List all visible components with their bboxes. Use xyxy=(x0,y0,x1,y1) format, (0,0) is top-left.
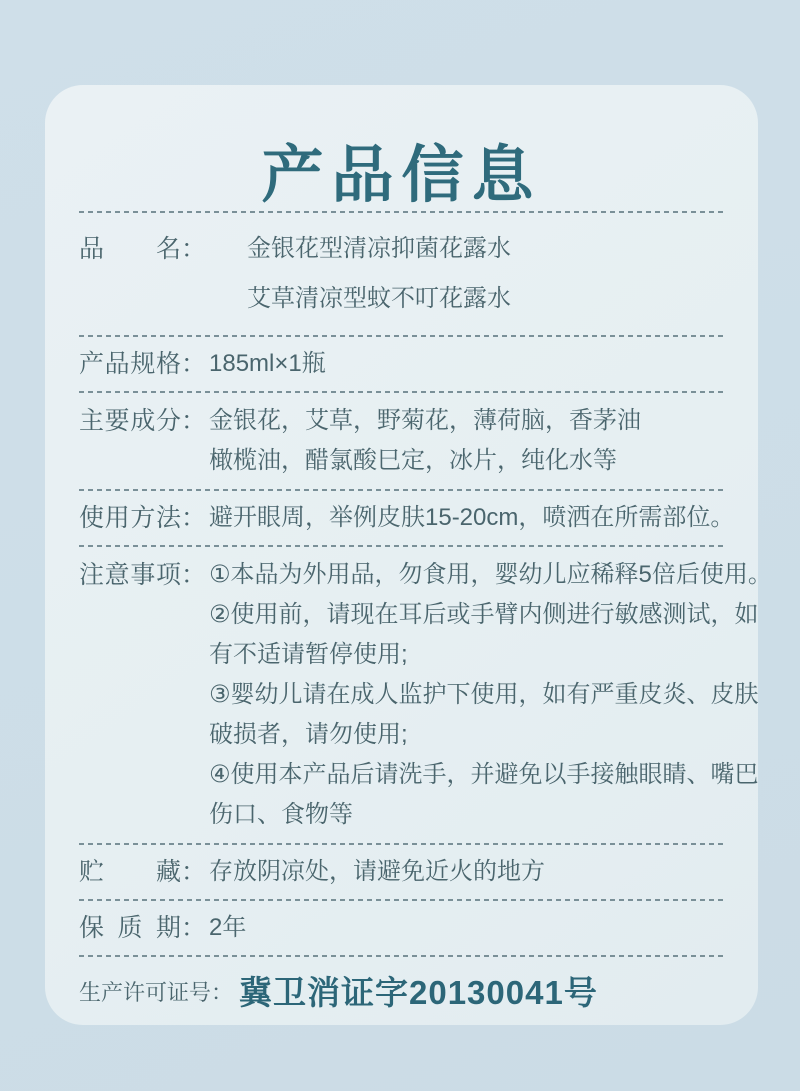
card-content: 产品信息 品名： 金银花型清凉抑菌花露水 艾草清凉型蚊不叮花露水 产品规格： 1… xyxy=(45,85,758,1025)
divider xyxy=(79,899,724,901)
row-label-text: 产品规格 xyxy=(79,347,181,381)
row-value: 2年 xyxy=(209,911,724,945)
page-title: 产品信息 xyxy=(79,85,724,211)
row-label: 生产许可证号： xyxy=(79,978,239,1008)
row-label-text: 贮藏 xyxy=(79,855,181,889)
row-value: ①本品为外用品，勿食用，婴幼儿应稀释5倍后使用。 ②使用前，请现在耳后或手臂内侧… xyxy=(209,555,758,835)
product-info-card: 产品信息 品名： 金银花型清凉抑菌花露水 艾草清凉型蚊不叮花露水 产品规格： 1… xyxy=(45,85,758,1025)
row-usage: 使用方法： 避开眼周，举例皮肤15-20cm，喷洒在所需部位。 xyxy=(79,491,724,545)
row-label-text: 品名 xyxy=(79,224,181,274)
value-line: ④使用本产品后请洗手，并避免以手接触眼睛、嘴巴 xyxy=(209,755,758,795)
row-production-license: 生产许可证号： 冀卫消证字20130041号 xyxy=(79,957,724,1025)
row-value: 避开眼周，举例皮肤15-20cm，喷洒在所需部位。 xyxy=(209,501,734,535)
value-line: ③婴幼儿请在成人监护下使用，如有严重皮炎、皮肤 xyxy=(209,675,758,715)
row-label: 品名： xyxy=(79,224,209,274)
row-label-colon: ： xyxy=(181,911,206,945)
row-label: 保质期： xyxy=(79,911,209,945)
license-number: 冀卫消证字20130041号 xyxy=(239,971,724,1015)
row-label-colon: ： xyxy=(181,401,206,441)
value-line: 橄榄油，醋氯酸巳定，冰片，纯化水等 xyxy=(209,441,724,481)
row-label-colon: ： xyxy=(181,501,206,535)
row-precautions: 注意事项： ①本品为外用品，勿食用，婴幼儿应稀释5倍后使用。 ②使用前，请现在耳… xyxy=(79,547,724,843)
row-product-name: 品名： 金银花型清凉抑菌花露水 艾草清凉型蚊不叮花露水 xyxy=(79,213,724,335)
value-line: 存放阴凉处，请避免近火的地方 xyxy=(209,855,724,889)
divider xyxy=(79,391,724,393)
row-label: 产品规格： xyxy=(79,347,209,381)
value-line: 金银花，艾草，野菊花，薄荷脑，香茅油 xyxy=(209,401,724,441)
row-label: 使用方法： xyxy=(79,501,209,535)
row-label-colon: ： xyxy=(181,224,206,274)
divider xyxy=(79,335,724,337)
row-ingredients: 主要成分： 金银花，艾草，野菊花，薄荷脑，香茅油 橄榄油，醋氯酸巳定，冰片，纯化… xyxy=(79,393,724,489)
row-specification: 产品规格： 185ml×1瓶 xyxy=(79,337,724,391)
value-line: ①本品为外用品，勿食用，婴幼儿应稀释5倍后使用。 xyxy=(209,555,758,595)
row-label-text: 注意事项 xyxy=(79,555,181,595)
value-line: 伤口、食物等 xyxy=(209,795,758,835)
row-label-colon: ： xyxy=(211,978,233,1008)
row-value: 185ml×1瓶 xyxy=(209,347,724,381)
row-label: 主要成分： xyxy=(79,401,209,441)
row-label: 注意事项： xyxy=(79,555,209,595)
divider xyxy=(79,843,724,845)
row-label-text: 使用方法 xyxy=(79,501,181,535)
row-label-colon: ： xyxy=(181,555,206,595)
row-label-text: 生产许可证号 xyxy=(79,978,211,1008)
value-line: 破损者，请勿使用; xyxy=(209,715,758,755)
divider xyxy=(79,489,724,491)
divider xyxy=(79,955,724,957)
row-value: 存放阴凉处，请避免近火的地方 xyxy=(209,855,724,889)
row-value: 冀卫消证字20130041号 xyxy=(239,971,724,1015)
divider xyxy=(79,211,724,213)
value-line: 避开眼周，举例皮肤15-20cm，喷洒在所需部位。 xyxy=(209,501,734,535)
row-label-colon: ： xyxy=(181,347,206,381)
divider xyxy=(79,545,724,547)
value-line: 有不适请暂停使用; xyxy=(209,635,758,675)
row-value: 金银花型清凉抑菌花露水 艾草清凉型蚊不叮花露水 xyxy=(209,224,724,324)
row-label-colon: ： xyxy=(181,855,206,889)
row-value: 金银花，艾草，野菊花，薄荷脑，香茅油 橄榄油，醋氯酸巳定，冰片，纯化水等 xyxy=(209,401,724,481)
value-line: ②使用前，请现在耳后或手臂内侧进行敏感测试，如 xyxy=(209,595,758,635)
row-label-text: 保质期 xyxy=(79,911,181,945)
value-line: 2年 xyxy=(209,911,724,945)
row-shelf-life: 保质期： 2年 xyxy=(79,901,724,955)
value-line: 185ml×1瓶 xyxy=(209,347,724,381)
row-storage: 贮藏： 存放阴凉处，请避免近火的地方 xyxy=(79,845,724,899)
row-label-text: 主要成分 xyxy=(79,401,181,441)
value-line: 金银花型清凉抑菌花露水 xyxy=(209,224,724,274)
row-label: 贮藏： xyxy=(79,855,209,889)
value-line: 艾草清凉型蚊不叮花露水 xyxy=(209,274,724,324)
